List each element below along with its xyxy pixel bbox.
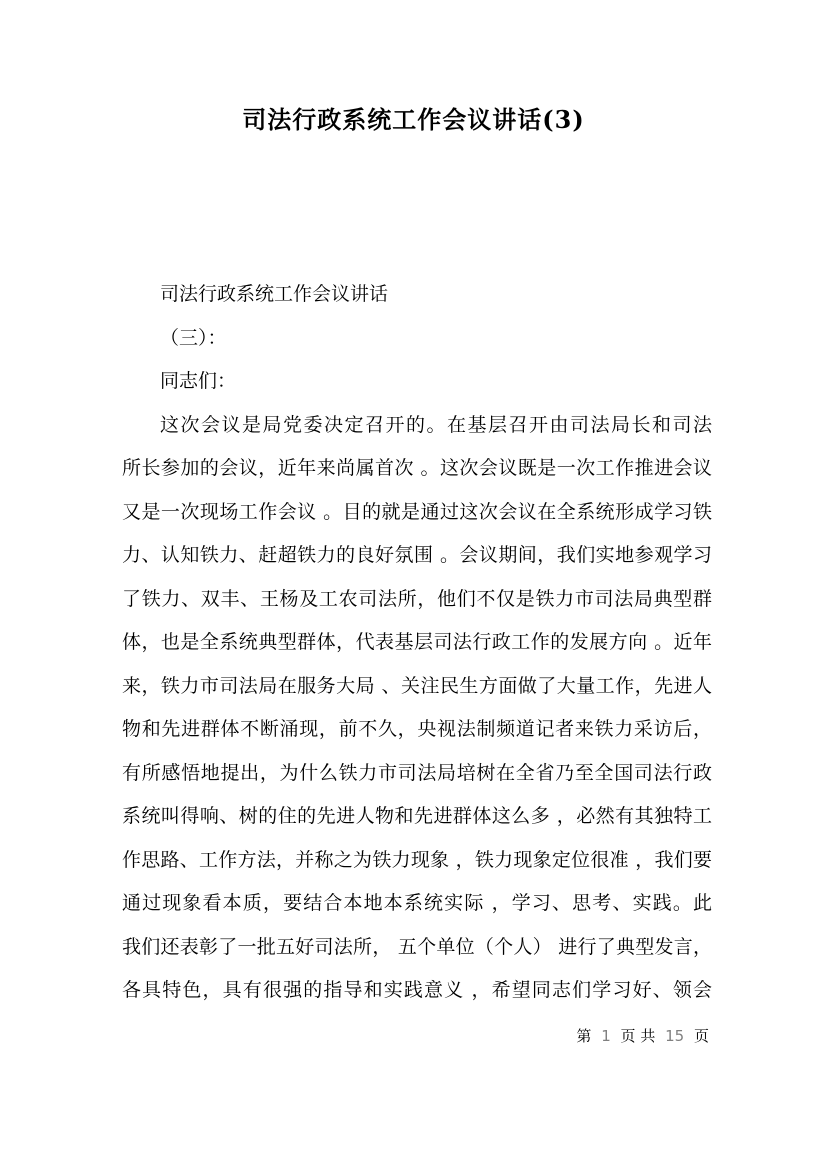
body-line: 各具特色，具有很强的指导和实践意义 ，希望同志们学习好、领会好， [122,969,712,1013]
body-line: 力、认知铁力、赶超铁力的良好氛围 。会议期间，我们实地参观学习 [122,534,712,578]
body-line: 又是一次现场工作会议 。目的就是通过这次会议在全系统形成学习铁 [122,491,712,535]
body-line: 作思路、工作方法，并称之为铁力现象 ，铁力现象定位很准 ，我们要 [122,839,712,883]
body-line: 通过现象看本质，要结合本地本系统实际 ，学习、思考、实践。此外， [122,882,712,926]
body-line: 体，也是全系统典型群体，代表基层司法行政工作的发展方向 。近年 [122,621,712,665]
heading-line: （三）： [122,317,712,361]
body-line: 了铁力、双丰、王杨及工农司法所，他们不仅是铁力市司法局典型群 [122,578,712,622]
total-page-count: 15 [665,1027,684,1045]
heading-line: 同志们： [122,360,712,404]
footer-label-prefix: 第 [576,1027,591,1045]
document-title: 司法行政系统工作会议讲话(3) [0,98,827,141]
body-line: 这次会议是局党委决定召开的。在基层召开由司法局长和司法 [122,404,712,448]
footer-label-mid: 页 共 [621,1027,656,1045]
document-body: 司法行政系统工作会议讲话 （三）： 同志们： 这次会议是局党委决定召开的。在基层… [122,273,712,1013]
page-number-footer: 第 1 页 共 15 页 [576,1026,709,1046]
body-line: 系统叫得响、树的住的先进人物和先进群体这么多 ，必然有其独特工 [122,795,712,839]
body-line: 有所感悟地提出，为什么铁力市司法局培树在全省乃至全国司法行政 [122,752,712,796]
current-page-number: 1 [601,1027,611,1045]
footer-label-suffix: 页 [694,1027,709,1045]
body-line: 来，铁力市司法局在服务大局 、关注民生方面做了大量工作，先进人 [122,665,712,709]
body-line: 所长参加的会议，近年来尚属首次 。这次会议既是一次工作推进会议 [122,447,712,491]
body-line: 我们还表彰了一批五好司法所， 五个单位（个人） 进行了典型发言， [122,926,712,970]
body-line: 物和先进群体不断涌现，前不久，央视法制频道记者来铁力采访后， [122,708,712,752]
heading-line: 司法行政系统工作会议讲话 [122,273,712,317]
document-page: 司法行政系统工作会议讲话(3) 司法行政系统工作会议讲话 （三）： 同志们： 这… [0,0,827,1170]
